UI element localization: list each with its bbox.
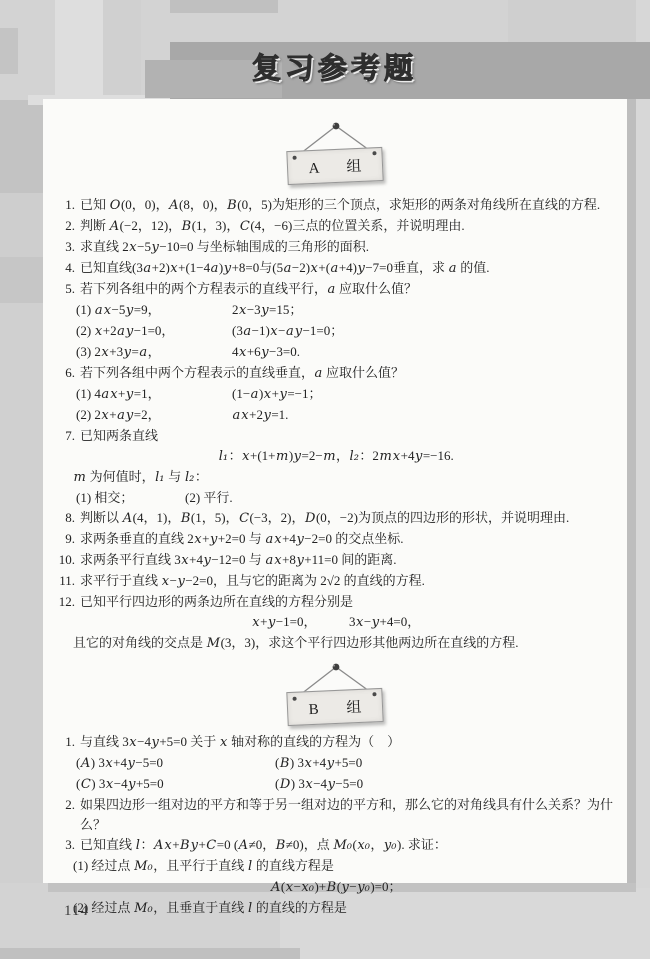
textbook-page: A 组 1.已知 O(0，0)，A(8，0)，B(0，5)为矩形的三个顶点，求矩… xyxy=(43,99,627,883)
problem-line: 8.判断以 A(4，1)，B(1，5)，C(−3，2)，D(0，−2)为顶点的四… xyxy=(51,508,621,529)
background-block xyxy=(0,948,300,959)
problem-text: 已知两条直线 xyxy=(80,426,621,446)
problem-text: 求直线 2x−5y−10=0 与坐标轴围成的三角形的面积. xyxy=(80,237,621,258)
problem-text: (1) 4ax+y=1， xyxy=(76,386,161,401)
problem-line: 1.已知 O(0，0)，A(8，0)，B(0，5)为矩形的三个顶点，求矩形的两条… xyxy=(51,195,621,216)
background-block xyxy=(0,100,43,193)
problem-line: (C) 3x−4y+5=0(D) 3x−4y−5=0 xyxy=(51,774,621,795)
problem-text: (2) 2x+ay=2， xyxy=(76,407,161,422)
problem-line: (3) 2x+3y=a，4x+6y−3=0. xyxy=(51,342,621,363)
problem-number: 2. xyxy=(51,216,75,237)
problem-line: 2.如果四边形一组对边的平方和等于另一组对边的平方和，那么它的对角线具有什么关系… xyxy=(51,795,621,835)
problem-number: 10. xyxy=(51,550,75,571)
problem-number: 6. xyxy=(51,363,75,384)
problem-text: 与直线 3x−4y+5=0 关于 x 轴对称的直线的方程为（ ） xyxy=(80,732,621,753)
problem-text: (1) ax−5y=9， xyxy=(76,302,161,317)
problem-text: (3) 2x+3y=a， xyxy=(76,344,161,359)
problem-number: 1. xyxy=(51,195,75,216)
problem-text: (2) 经过点 M₀，且垂直于直线 l 的直线的方程是 xyxy=(73,900,347,915)
problem-text: (2) x+2ay−1=0， xyxy=(76,323,174,338)
problem-number: 9. xyxy=(51,529,75,550)
problem-text: (1) 相交； xyxy=(76,490,133,505)
problem-text: 求两条平行直线 3x+4y−12=0 与 ax+8y+11=0 间的距离. xyxy=(80,550,621,571)
group-b-sign: B 组 xyxy=(270,660,400,724)
problem-number: 12. xyxy=(51,592,75,612)
problem-text: (B) 3x+4y+5=0 xyxy=(275,753,362,774)
problem-line: x+y−1=0， 3x−y+4=0， xyxy=(51,612,621,633)
problem-line: 4.已知直线(3a+2)x+(1−4a)y+8=0与(5a−2)x+(a+4)y… xyxy=(51,258,621,279)
group-a-label: A 组 xyxy=(296,154,374,178)
problem-line: l₁：x+(1+m)y=2−m，l₂：2mx+4y=−16. xyxy=(51,446,621,467)
problem-text: ax+2y=1. xyxy=(232,405,288,426)
problem-text: (A) 3x+4y−5=0 xyxy=(76,755,163,770)
problem-text: 已知直线 l：Ax+By+C=0 (A≠0，B≠0)，点 M₀(x₀，y₀). … xyxy=(80,835,621,856)
problem-line: 5.若下列各组中的两个方程表示的直线平行，a 应取什么值？ xyxy=(51,279,621,300)
background-block xyxy=(0,303,43,883)
page-title: 复习参考题 xyxy=(252,46,417,87)
problem-text: 且它的对角线的交点是 M(3，3)，求这个平行四边形其他两边所在直线的方程. xyxy=(73,635,519,650)
problem-number: 11. xyxy=(51,571,75,592)
problem-line: 3.求直线 2x−5y−10=0 与坐标轴围成的三角形的面积. xyxy=(51,237,621,258)
group-a-board: A 组 xyxy=(286,147,383,185)
problem-line: (1) 经过点 M₀，且平行于直线 l 的直线方程是 xyxy=(51,856,621,877)
problem-number: 3. xyxy=(51,237,75,258)
problem-line: 2.判断 A(−2，12)，B(1，3)，C(4，−6)三点的位置关系，并说明理… xyxy=(51,216,621,237)
problem-line: 3.已知直线 l：Ax+By+C=0 (A≠0，B≠0)，点 M₀(x₀，y₀)… xyxy=(51,835,621,856)
problem-line: m 为何值时，l₁ 与 l₂： xyxy=(51,467,621,488)
background-block xyxy=(0,28,18,74)
problem-text: 已知平行四边形的两条边所在直线的方程分别是 xyxy=(80,592,621,612)
problem-number: 4. xyxy=(51,258,75,279)
problem-line: (2) 2x+ay=2，ax+2y=1. xyxy=(51,405,621,426)
problem-text: (1) 经过点 M₀，且平行于直线 l 的直线方程是 xyxy=(73,858,334,873)
problem-line: 且它的对角线的交点是 M(3，3)，求这个平行四边形其他两边所在直线的方程. xyxy=(51,633,621,654)
problem-text: 判断 A(−2，12)，B(1，3)，C(4，−6)三点的位置关系，并说明理由. xyxy=(80,216,621,237)
problem-text: A(x−x₀)+B(y−y₀)=0； xyxy=(271,879,402,894)
problem-number: 5. xyxy=(51,279,75,300)
problem-line: (2) 经过点 M₀，且垂直于直线 l 的直线的方程是 xyxy=(51,898,621,919)
problem-number: 8. xyxy=(51,508,75,529)
problem-line: 12.已知平行四边形的两条边所在直线的方程分别是 xyxy=(51,592,621,612)
problem-text: x+y−1=0， 3x−y+4=0， xyxy=(252,614,420,629)
problem-text: 已知 O(0，0)，A(8，0)，B(0，5)为矩形的三个顶点，求矩形的两条对角… xyxy=(80,195,621,216)
problem-text: m 为何值时，l₁ 与 l₂： xyxy=(73,469,208,484)
problem-text: 求两条垂直的直线 2x+y+2=0 与 ax+4y−2=0 的交点坐标. xyxy=(80,529,621,550)
problem-text: 若下列各组中两个方程表示的直线垂直，a 应取什么值？ xyxy=(80,363,621,384)
background-block xyxy=(636,0,650,959)
problem-line: (2) x+2ay−1=0，(3a−1)x−ay−1=0； xyxy=(51,321,621,342)
background-block xyxy=(508,0,650,43)
page-number: 114 xyxy=(64,903,89,920)
background-block xyxy=(0,193,43,257)
problem-text: 4x+6y−3=0. xyxy=(232,342,300,363)
group-a-problems: 1.已知 O(0，0)，A(8，0)，B(0，5)为矩形的三个顶点，求矩形的两条… xyxy=(43,195,627,654)
problem-line: (1) ax−5y=9，2x−3y=15； xyxy=(51,300,621,321)
background-block xyxy=(0,257,43,303)
problem-text: (1−a)x+y=−1； xyxy=(232,384,322,405)
problem-line: 11.求平行于直线 x−y−2=0，且与它的距离为 2√2 的直线的方程. xyxy=(51,571,621,592)
problem-line: 6.若下列各组中两个方程表示的直线垂直，a 应取什么值？ xyxy=(51,363,621,384)
group-b-problems: 1.与直线 3x−4y+5=0 关于 x 轴对称的直线的方程为（ ）(A) 3x… xyxy=(43,732,627,919)
problem-line: A(x−x₀)+B(y−y₀)=0； xyxy=(51,877,621,898)
problem-number: 1. xyxy=(51,732,75,753)
problem-text: (2) 平行. xyxy=(185,488,233,508)
problem-text: 判断以 A(4，1)，B(1，5)，C(−3，2)，D(0，−2)为顶点的四边形… xyxy=(80,508,621,529)
problem-number: 7. xyxy=(51,426,75,446)
problem-line: (1) 相交；(2) 平行. xyxy=(51,488,621,508)
problem-line: 10.求两条平行直线 3x+4y−12=0 与 ax+8y+11=0 间的距离. xyxy=(51,550,621,571)
page-shadow xyxy=(627,99,636,892)
problem-line: 7.已知两条直线 xyxy=(51,426,621,446)
problem-text: 如果四边形一组对边的平方和等于另一组对边的平方和，那么它的对角线具有什么关系？为… xyxy=(80,795,621,835)
problem-text: l₁：x+(1+m)y=2−m，l₂：2mx+4y=−16. xyxy=(218,448,453,463)
group-a-sign: A 组 xyxy=(270,119,400,183)
group-b-label: B 组 xyxy=(296,695,374,719)
problem-text: (D) 3x−4y−5=0 xyxy=(275,774,363,795)
group-b-board: B 组 xyxy=(286,688,383,726)
problem-text: 已知直线(3a+2)x+(1−4a)y+8=0与(5a−2)x+(a+4)y−7… xyxy=(80,258,621,279)
problem-text: (3a−1)x−ay−1=0； xyxy=(232,321,343,342)
problem-text: 2x−3y=15； xyxy=(232,300,302,321)
problem-line: 1.与直线 3x−4y+5=0 关于 x 轴对称的直线的方程为（ ） xyxy=(51,732,621,753)
problem-number: 2. xyxy=(51,795,75,835)
problem-line: 9.求两条垂直的直线 2x+y+2=0 与 ax+4y−2=0 的交点坐标. xyxy=(51,529,621,550)
problem-number: 3. xyxy=(51,835,75,856)
background-block xyxy=(55,0,103,100)
problem-text: (C) 3x−4y+5=0 xyxy=(76,776,164,791)
problem-text: 若下列各组中的两个方程表示的直线平行，a 应取什么值？ xyxy=(80,279,621,300)
problem-line: (A) 3x+4y−5=0(B) 3x+4y+5=0 xyxy=(51,753,621,774)
problem-line: (1) 4ax+y=1，(1−a)x+y=−1； xyxy=(51,384,621,405)
background-block xyxy=(103,0,141,100)
problem-text: 求平行于直线 x−y−2=0，且与它的距离为 2√2 的直线的方程. xyxy=(80,571,621,592)
background-block xyxy=(170,0,278,13)
